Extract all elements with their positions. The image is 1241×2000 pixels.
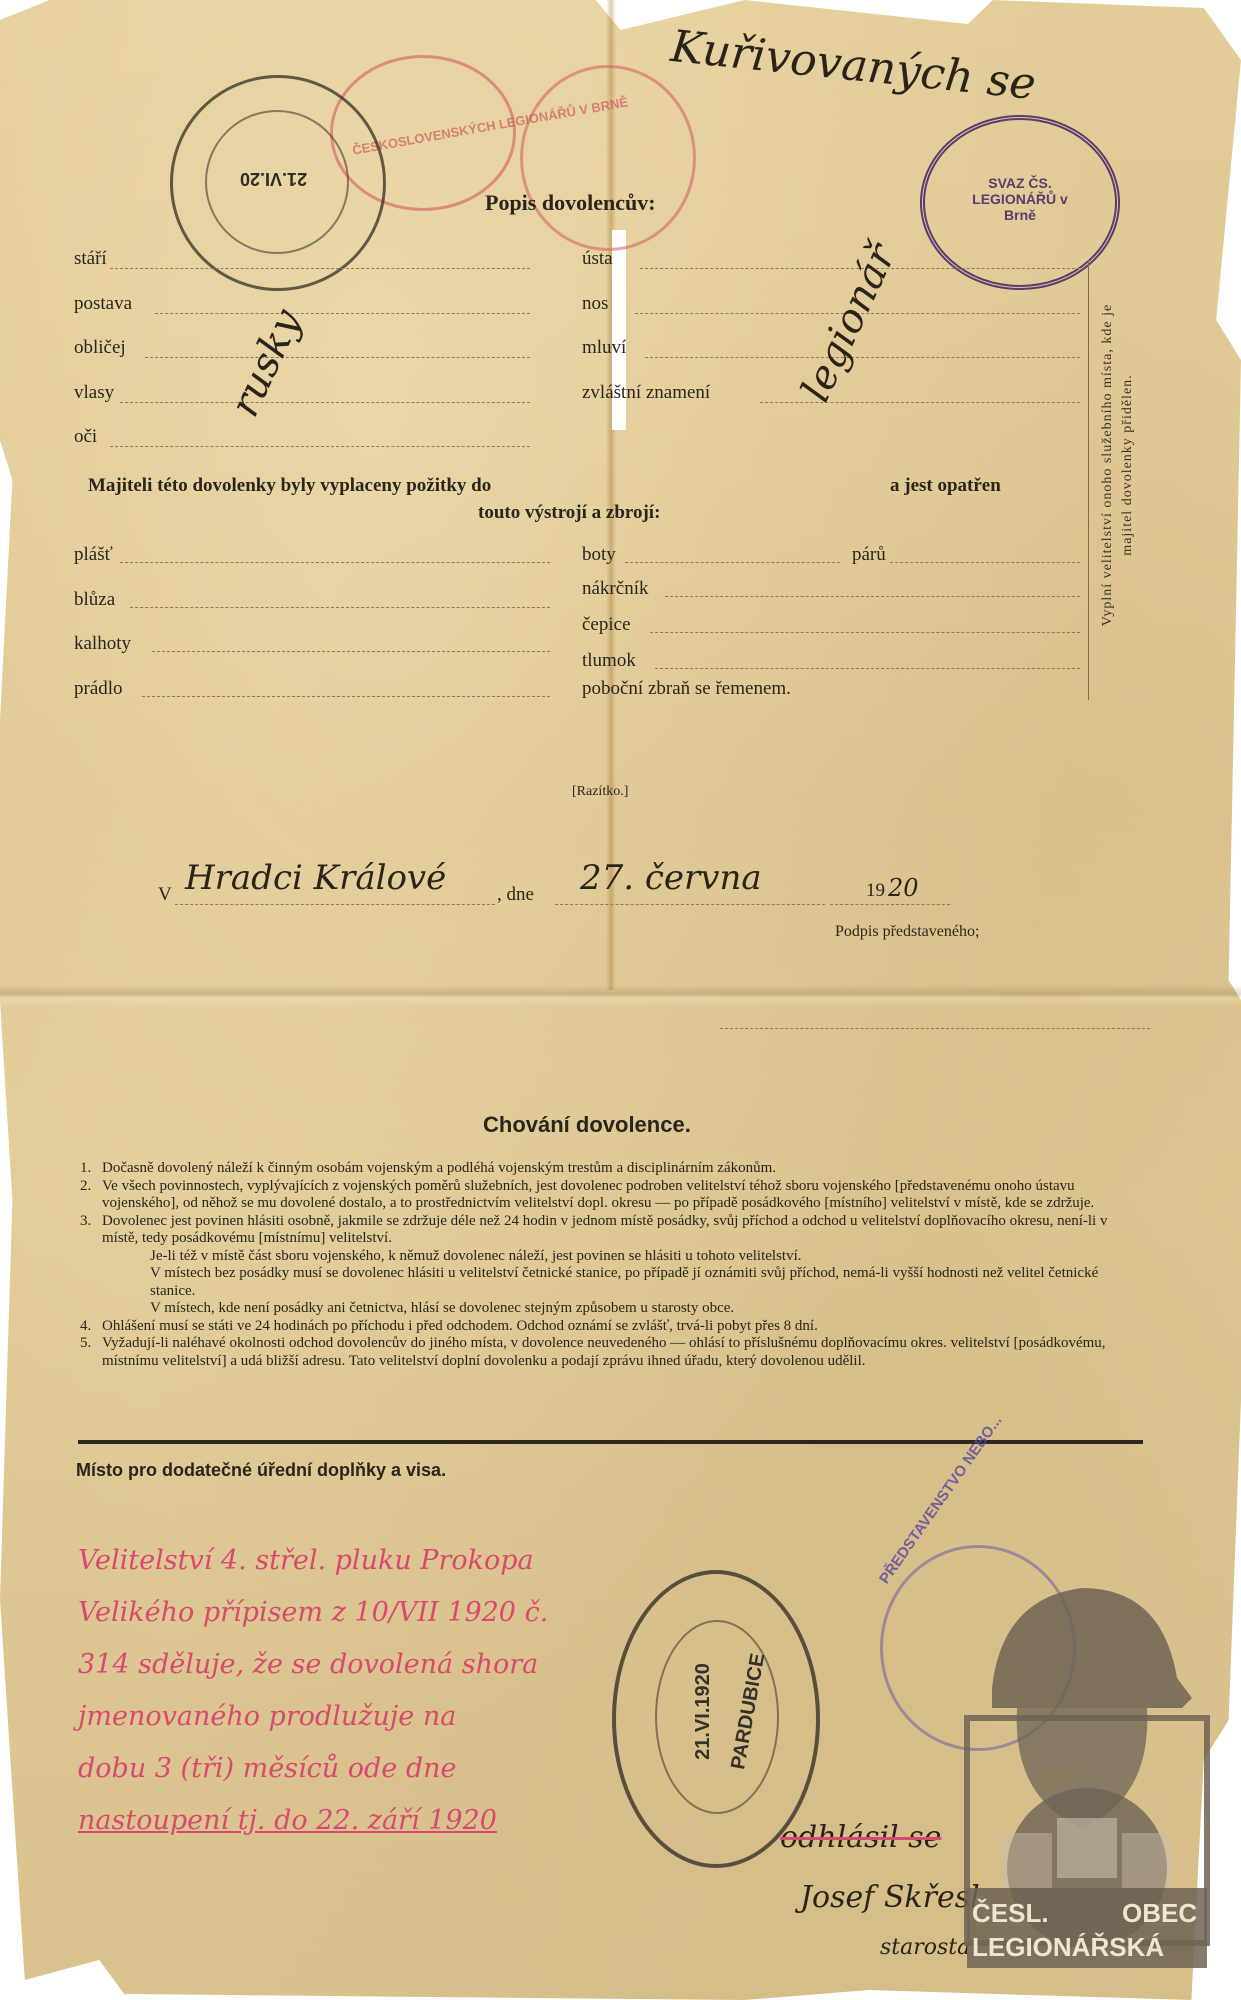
- equip-knapsack: tlumok: [582, 650, 636, 672]
- pink-note-line: Velitelství 4. střel. pluku Prokopa: [78, 1535, 548, 1587]
- field-label-speaks: mluví: [582, 337, 626, 359]
- payment-line-1: Majiteli této dovolenky byly vyplaceny p…: [88, 475, 491, 497]
- dotted-line: [120, 402, 530, 403]
- place-prefix: V: [158, 884, 172, 906]
- equip-coat: plášť: [74, 544, 113, 566]
- field-label-face: obličej: [74, 337, 126, 359]
- dotted-line: [645, 357, 1080, 358]
- pink-note: Velitelství 4. střel. pluku Prokopa Veli…: [78, 1535, 548, 1847]
- equip-neckerchief: nákrčník: [582, 578, 648, 600]
- field-label-mouth: ústa: [582, 248, 613, 270]
- visa-title: Místo pro dodatečné úřední doplňky a vis…: [76, 1460, 446, 1481]
- rule-item: 1.Dočasně dovolený náleží k činným osobá…: [80, 1160, 1140, 1178]
- side-note-line-2: majitel dovolenky přidělen.: [1118, 230, 1138, 700]
- equip-cap: čepice: [582, 614, 631, 636]
- logo-text-left: ČESL.: [972, 1898, 1049, 1929]
- equip-blouse: blůza: [74, 589, 115, 611]
- year-printed: 19: [866, 880, 885, 902]
- signature-line-2: Josef Skřesl: [800, 1880, 980, 1915]
- dotted-line: [145, 357, 530, 358]
- equip-trousers: kalhoty: [74, 633, 131, 655]
- signature-line-1: odhlásil se: [780, 1820, 941, 1855]
- dotted-line: [830, 904, 950, 905]
- rule-subparagraph: V místech, kde není posádky ani četnictv…: [80, 1300, 1140, 1318]
- field-label-marks: zvláštní znamení: [582, 382, 710, 404]
- side-note: Vyplní velitelství onoho služebního míst…: [1098, 230, 1138, 700]
- place-value: Hradci Králové: [185, 858, 446, 898]
- field-label-eyes: oči: [74, 426, 97, 448]
- dotted-line: [760, 402, 1080, 403]
- dotted-line: [625, 562, 840, 563]
- pink-note-line: jmenovaného prodlužuje na: [78, 1691, 548, 1743]
- year-written: 20: [888, 874, 919, 902]
- date-prefix: , dne: [497, 884, 534, 906]
- legionnaire-logo-watermark: ČESL. OBEC LEGIONÁŘSKÁ: [962, 1568, 1212, 1968]
- logo-text-right: OBEC: [1122, 1898, 1197, 1929]
- purple-stamp-text: SVAZ ČS. LEGIONÁŘŮ v Brně: [955, 175, 1085, 223]
- rule-item: 3.Dovolenec jest povinen hlásiti osobně,…: [80, 1213, 1140, 1248]
- dotted-line: [130, 607, 550, 608]
- red-stamp-2: [520, 65, 696, 251]
- stamp-label: [Razítko.]: [572, 784, 628, 800]
- field-label-nose: nos: [582, 293, 608, 315]
- rule-item: 5.Vyžadují-li naléhavé okolnosti odchod …: [80, 1335, 1140, 1370]
- equip-boots: boty: [582, 544, 616, 566]
- pink-note-line: 314 sděluje, že se dovolená shora: [78, 1639, 548, 1691]
- dotted-line: [665, 596, 1080, 597]
- pink-note-line: nastoupení tj. do 22. září 1920: [78, 1795, 548, 1847]
- rules-title: Chování dovolence.: [483, 1112, 691, 1138]
- postmark-top-date: 21.VI.20: [240, 168, 307, 189]
- description-title: Popis dovolencův:: [485, 190, 656, 216]
- dotted-line: [175, 904, 495, 905]
- dotted-line: [152, 651, 550, 652]
- signature-label: Podpis představeného;: [835, 923, 979, 941]
- dotted-line: [720, 1028, 1150, 1029]
- logo-text-bottom: LEGIONÁŘSKÁ: [972, 1932, 1164, 1963]
- pink-note-line: dobu 3 (tři) měsíců ode dne: [78, 1743, 548, 1795]
- dotted-line: [655, 668, 1080, 669]
- payment-line-2: touto výstrojí a zbrojí:: [478, 502, 660, 524]
- side-note-line-1: Vyplní velitelství onoho služebního míst…: [1098, 230, 1118, 700]
- field-label-hair: vlasy: [74, 382, 114, 404]
- rule-item: 2.Ve všech povinnostech, vyplývajících z…: [80, 1178, 1140, 1213]
- rule-subparagraph: Je-li též v místě část sboru vojenského,…: [80, 1248, 1140, 1266]
- postmark-pardubice-date: 21.VI.1920: [692, 1663, 715, 1760]
- rules-list: 1.Dočasně dovolený náleží k činným osobá…: [80, 1160, 1140, 1370]
- equip-underwear: prádlo: [74, 678, 123, 700]
- field-label-age: stáří: [74, 248, 107, 270]
- rule-subparagraph: V místech bez posádky musí se dovolenec …: [80, 1265, 1140, 1300]
- dotted-line: [650, 632, 1080, 633]
- horizontal-fold: [0, 985, 1241, 1007]
- dotted-line: [110, 268, 530, 269]
- equip-pairs-label: párů: [852, 544, 886, 566]
- payment-line-1-suffix: a jest opatřen: [890, 475, 1001, 497]
- dotted-line: [155, 313, 530, 314]
- dotted-line: [890, 562, 1080, 563]
- signature-line-3: starosta: [880, 1935, 970, 1960]
- field-label-build: postava: [74, 293, 132, 315]
- rule-item: 4.Ohlášení musí se státi ve 24 hodinách …: [80, 1318, 1140, 1336]
- side-divider: [1088, 260, 1089, 700]
- dotted-line: [142, 696, 550, 697]
- pink-note-line: Velikého přípisem z 10/VII 1920 č.: [78, 1587, 548, 1639]
- postmark-pardubice-inner: [655, 1620, 779, 1814]
- date-value: 27. června: [580, 858, 762, 898]
- dotted-line: [120, 562, 550, 563]
- dotted-line: [555, 904, 825, 905]
- equip-sidearm: poboční zbraň se řemenem.: [582, 678, 791, 700]
- dotted-line: [110, 446, 530, 447]
